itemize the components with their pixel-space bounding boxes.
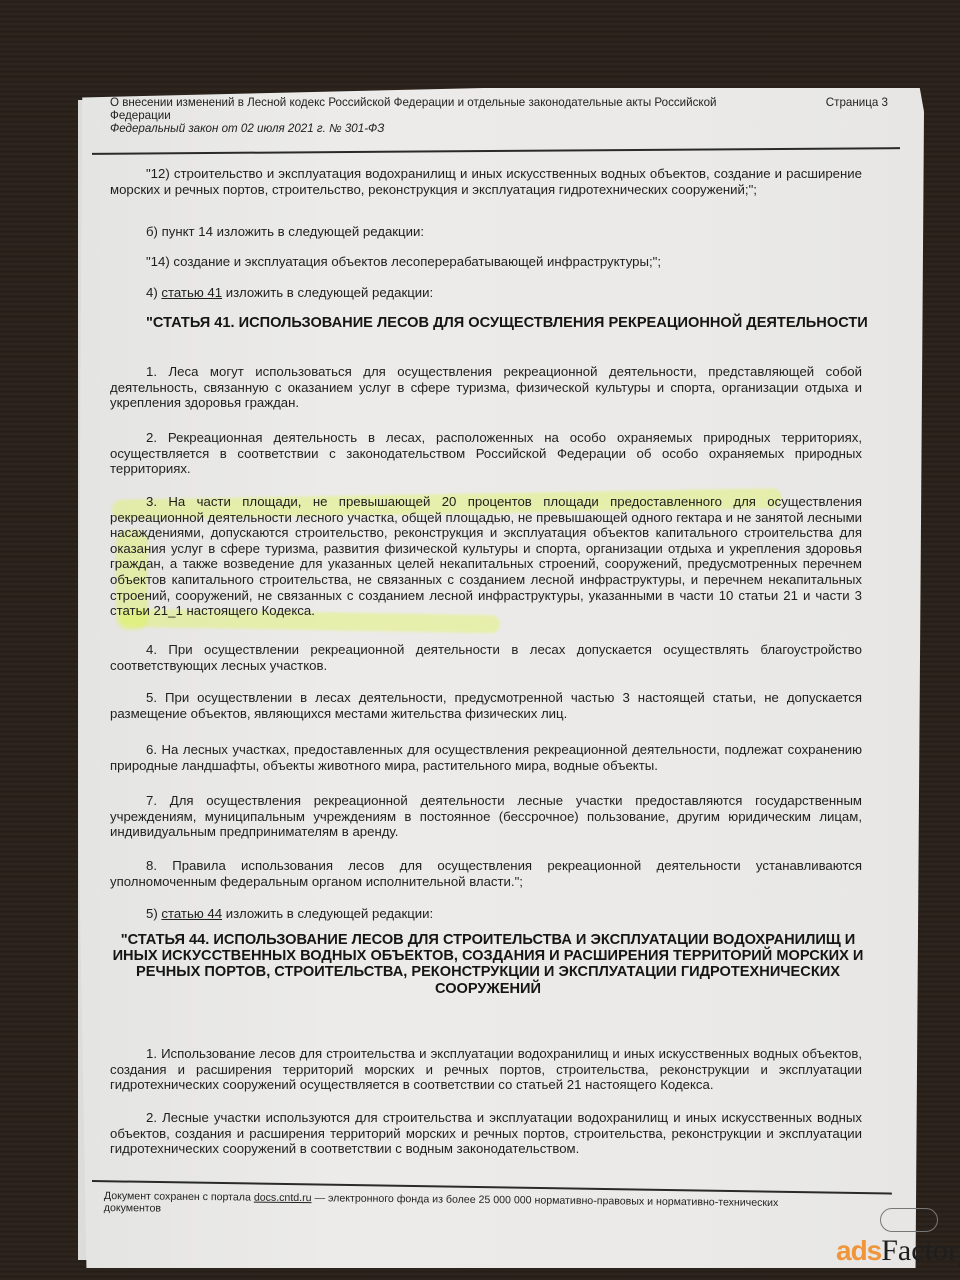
article-44-link[interactable]: статью 44	[161, 906, 222, 921]
article-41-link[interactable]: статью 41	[161, 285, 222, 300]
law-reference: Федеральный закон от 02 июля 2021 г. № 3…	[110, 122, 862, 135]
art44-paragraph-2: 2. Лесные участки используются для строи…	[110, 1110, 862, 1157]
watermark-cloud-icon	[880, 1208, 938, 1232]
art44-paragraph-1: 1. Использование лесов для строительства…	[110, 1046, 862, 1093]
article-44-heading: "СТАТЬЯ 44. ИСПОЛЬЗОВАНИЕ ЛЕСОВ ДЛЯ СТРО…	[112, 932, 864, 997]
art41-paragraph-5: 5. При осуществлении в лесах деятельност…	[110, 690, 862, 721]
portal-link[interactable]: docs.cntd.ru	[254, 1192, 312, 1205]
art41-paragraph-4: 4. При осуществлении рекреационной деяте…	[110, 642, 862, 673]
art41-paragraph-3: 3. На части площади, не превышающей 20 п…	[110, 494, 862, 619]
item-b: б) пункт 14 изложить в следующей редакци…	[110, 224, 862, 240]
art41-paragraph-2: 2. Рекреационная деятельность в лесах, р…	[110, 430, 862, 477]
item-4: 4) статью 41 изложить в следующей редакц…	[110, 285, 862, 301]
art41-paragraph-8: 8. Правила использования лесов для осуще…	[110, 858, 862, 889]
art41-paragraph-1: 1. Леса могут использоваться для осущест…	[110, 364, 862, 411]
art41-paragraph-7: 7. Для осуществления рекреационной деяте…	[110, 793, 862, 840]
watermark-logo: adsFactory	[836, 1236, 960, 1266]
item-14: "14) создание и эксплуатация объектов ле…	[110, 254, 862, 270]
page-number: Страница 3	[826, 96, 888, 109]
article-41-heading: "СТАТЬЯ 41. ИСПОЛЬЗОВАНИЕ ЛЕСОВ ДЛЯ ОСУЩ…	[146, 315, 868, 331]
art41-paragraph-6: 6. На лесных участках, предоставленных д…	[110, 742, 862, 773]
item-5: 5) статью 44 изложить в следующей редакц…	[110, 906, 862, 922]
page-header: О внесении изменений в Лесной кодекс Рос…	[110, 96, 862, 135]
document-title: О внесении изменений в Лесной кодекс Рос…	[110, 96, 720, 122]
item-12: "12) строительство и эксплуатация водохр…	[110, 166, 862, 197]
